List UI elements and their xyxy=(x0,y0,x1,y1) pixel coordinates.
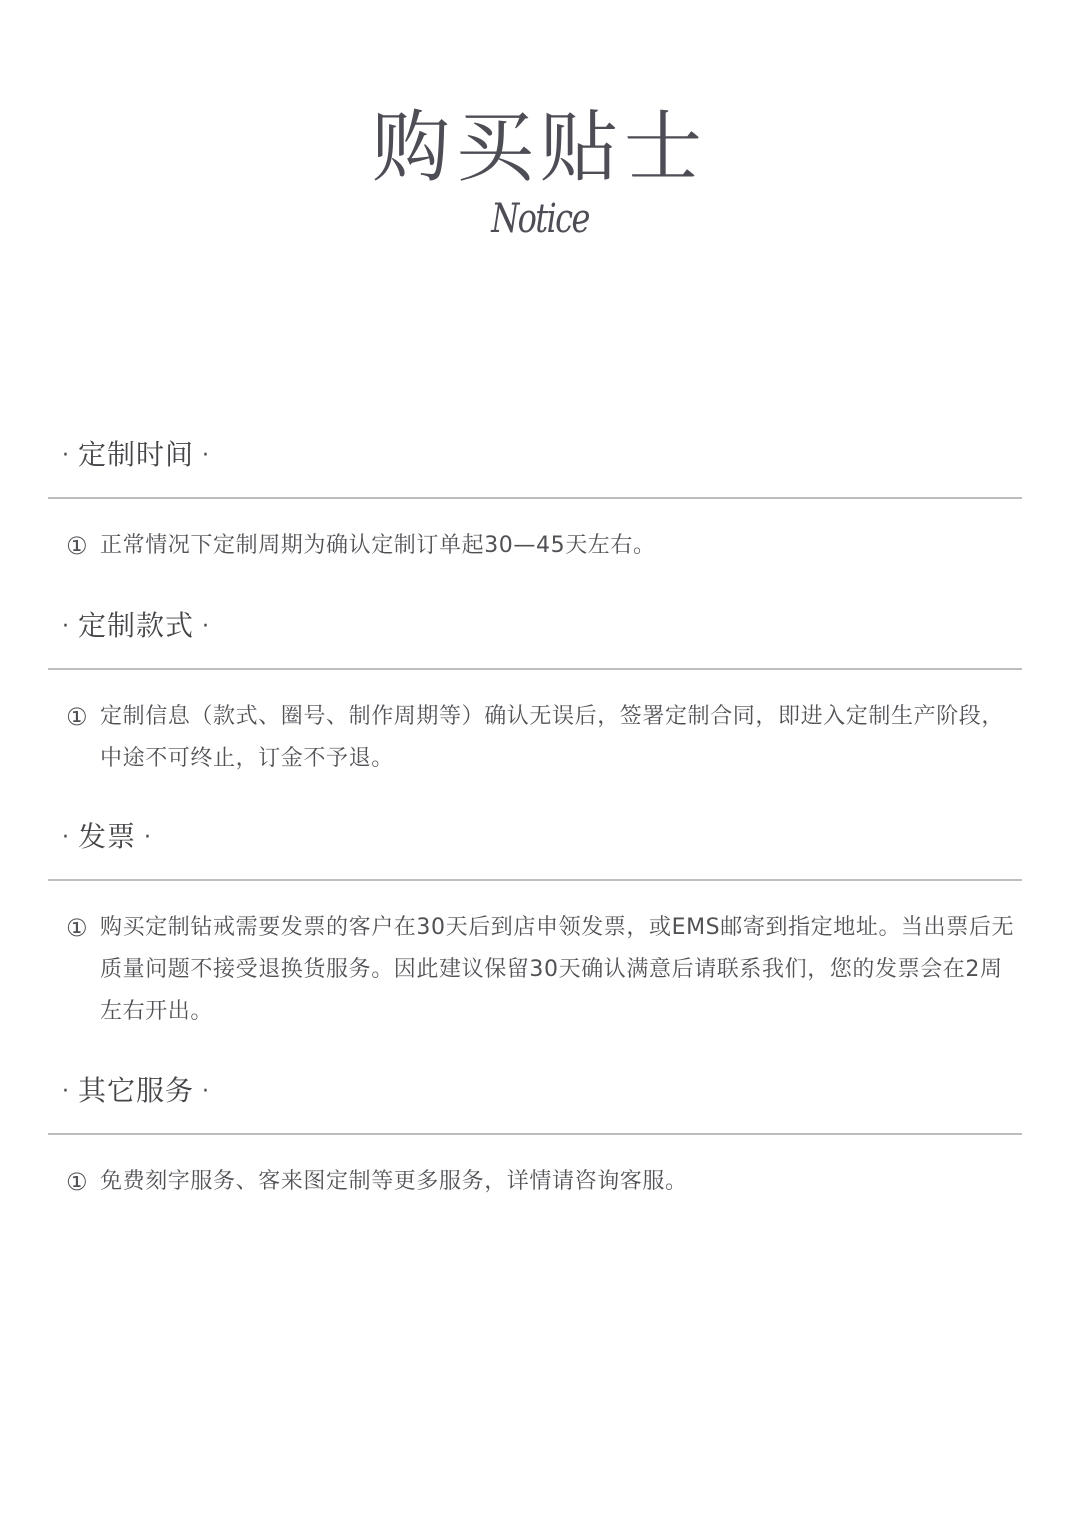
bullet-dot-icon: · xyxy=(144,818,152,858)
item-text: 正常情况下定制周期为确认定制订单起30—45天左右。 xyxy=(100,533,656,558)
item-text: 定制信息（款式、圈号、制作周期等）确认无误后，签署定制合同，即进入定制生产阶段，… xyxy=(100,704,1004,771)
circled-number-icon: ① xyxy=(66,1161,88,1203)
bullet-dot-icon: · xyxy=(62,607,70,647)
list-item: ① 购买定制钻戒需要发票的客户在30天后到店申领发票，或EMS邮寄到指定地址。当… xyxy=(48,907,1022,1033)
section-heading: ·其它服务· xyxy=(48,1071,1022,1111)
bullet-dot-icon: · xyxy=(202,1072,210,1112)
section-divider xyxy=(48,879,1022,881)
section-divider xyxy=(48,497,1022,499)
bullet-dot-icon: · xyxy=(202,436,210,476)
bullet-dot-icon: · xyxy=(62,818,70,858)
section-other-services: ·其它服务· ① 免费刻字服务、客来图定制等更多服务，详情请咨询客服。 xyxy=(48,1071,1022,1203)
item-text: 免费刻字服务、客来图定制等更多服务，详情请咨询客服。 xyxy=(100,1169,688,1194)
list-item: ① 正常情况下定制周期为确认定制订单起30—45天左右。 xyxy=(48,525,1022,567)
list-item: ① 免费刻字服务、客来图定制等更多服务，详情请咨询客服。 xyxy=(48,1161,1022,1203)
page-title: 购买贴士 xyxy=(0,100,1080,196)
list-item: ① 定制信息（款式、圈号、制作周期等）确认无误后，签署定制合同，即进入定制生产阶… xyxy=(48,696,1022,780)
section-custom-time: ·定制时间· ① 正常情况下定制周期为确认定制订单起30—45天左右。 xyxy=(48,435,1022,567)
section-divider xyxy=(48,1133,1022,1135)
section-heading-label: 定制款式 xyxy=(78,609,194,642)
bullet-dot-icon: · xyxy=(62,436,70,476)
section-heading: ·定制时间· xyxy=(48,435,1022,475)
page-header: 购买贴士 Notice xyxy=(0,100,1080,244)
circled-number-icon: ① xyxy=(66,696,88,738)
page-subtitle: Notice xyxy=(108,194,972,244)
section-heading-label: 定制时间 xyxy=(78,438,194,471)
circled-number-icon: ① xyxy=(66,907,88,949)
circled-number-icon: ① xyxy=(66,525,88,567)
section-divider xyxy=(48,668,1022,670)
section-heading-label: 其它服务 xyxy=(78,1074,194,1107)
section-heading-label: 发票 xyxy=(78,820,136,853)
item-text: 购买定制钻戒需要发票的客户在30天后到店申领发票，或EMS邮寄到指定地址。当出票… xyxy=(100,915,1014,1024)
section-custom-style: ·定制款式· ① 定制信息（款式、圈号、制作周期等）确认无误后，签署定制合同，即… xyxy=(48,606,1022,780)
section-heading: ·定制款式· xyxy=(48,606,1022,646)
bullet-dot-icon: · xyxy=(62,1072,70,1112)
bullet-dot-icon: · xyxy=(202,607,210,647)
section-heading: ·发票· xyxy=(48,817,1022,857)
section-invoice: ·发票· ① 购买定制钻戒需要发票的客户在30天后到店申领发票，或EMS邮寄到指… xyxy=(48,817,1022,1033)
